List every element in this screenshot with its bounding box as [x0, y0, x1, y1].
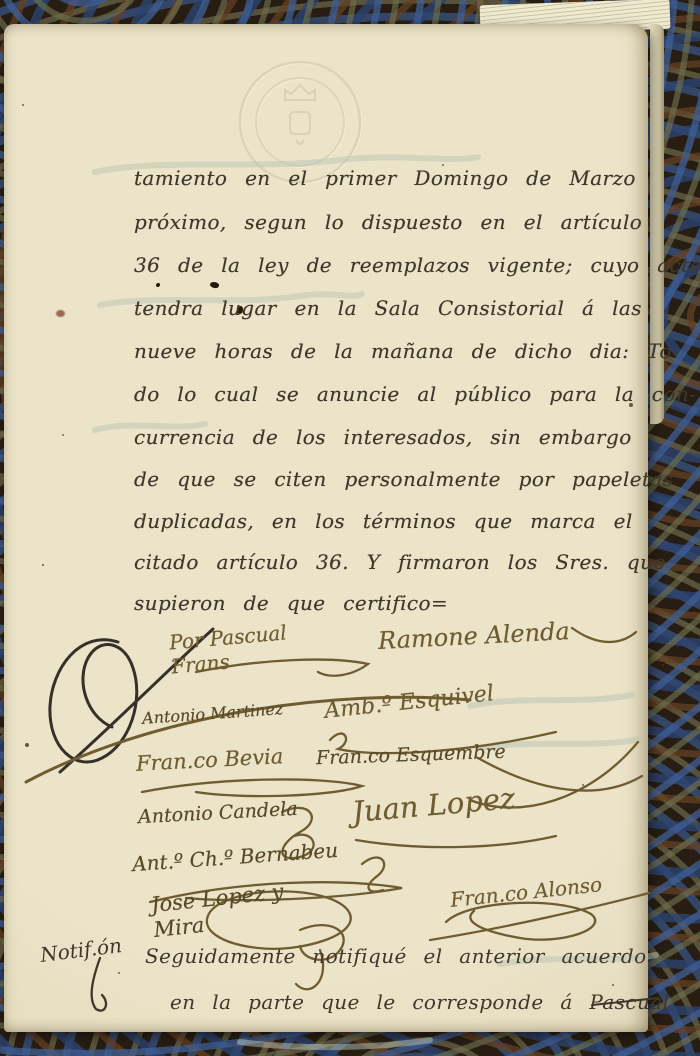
foxing-specks — [22, 104, 24, 106]
body-line: supieron de que certifico= — [134, 591, 646, 615]
ink-blot — [209, 281, 219, 289]
bound-ledger-photo: tamiento en el primer Domingo de Marzo p… — [0, 0, 700, 1056]
body-line: currencia de los interesados, sin embarg… — [134, 425, 646, 449]
body-line: tamiento en el primer Domingo de Marzo — [134, 166, 646, 190]
body-line: nueve horas de la mañana de dicho dia: T… — [134, 339, 646, 363]
body-line: duplicadas, en los términos que marca el — [134, 509, 646, 533]
ink-stain — [56, 310, 65, 317]
fore-edge — [650, 24, 664, 424]
footer-line: Seguidamente notifiqué el anterior acuer… — [145, 944, 647, 968]
body-line: tendra lugar en la Sala Consistorial á l… — [134, 296, 646, 320]
ink-blot — [156, 283, 160, 287]
body-line: próximo, segun lo dispuesto en el artícu… — [134, 210, 646, 234]
body-line: citado artículo 36. Y firmaron los Sres.… — [134, 550, 646, 574]
body-line: 36 de la ley de reemplazos vigente; cuyo… — [134, 253, 646, 277]
body-line: de que se citen personalmente por papele… — [134, 467, 646, 491]
body-line: do lo cual se anuncie al público para la… — [134, 382, 646, 406]
footer-line: en la parte que le corresponde á Pascual — [170, 990, 669, 1014]
